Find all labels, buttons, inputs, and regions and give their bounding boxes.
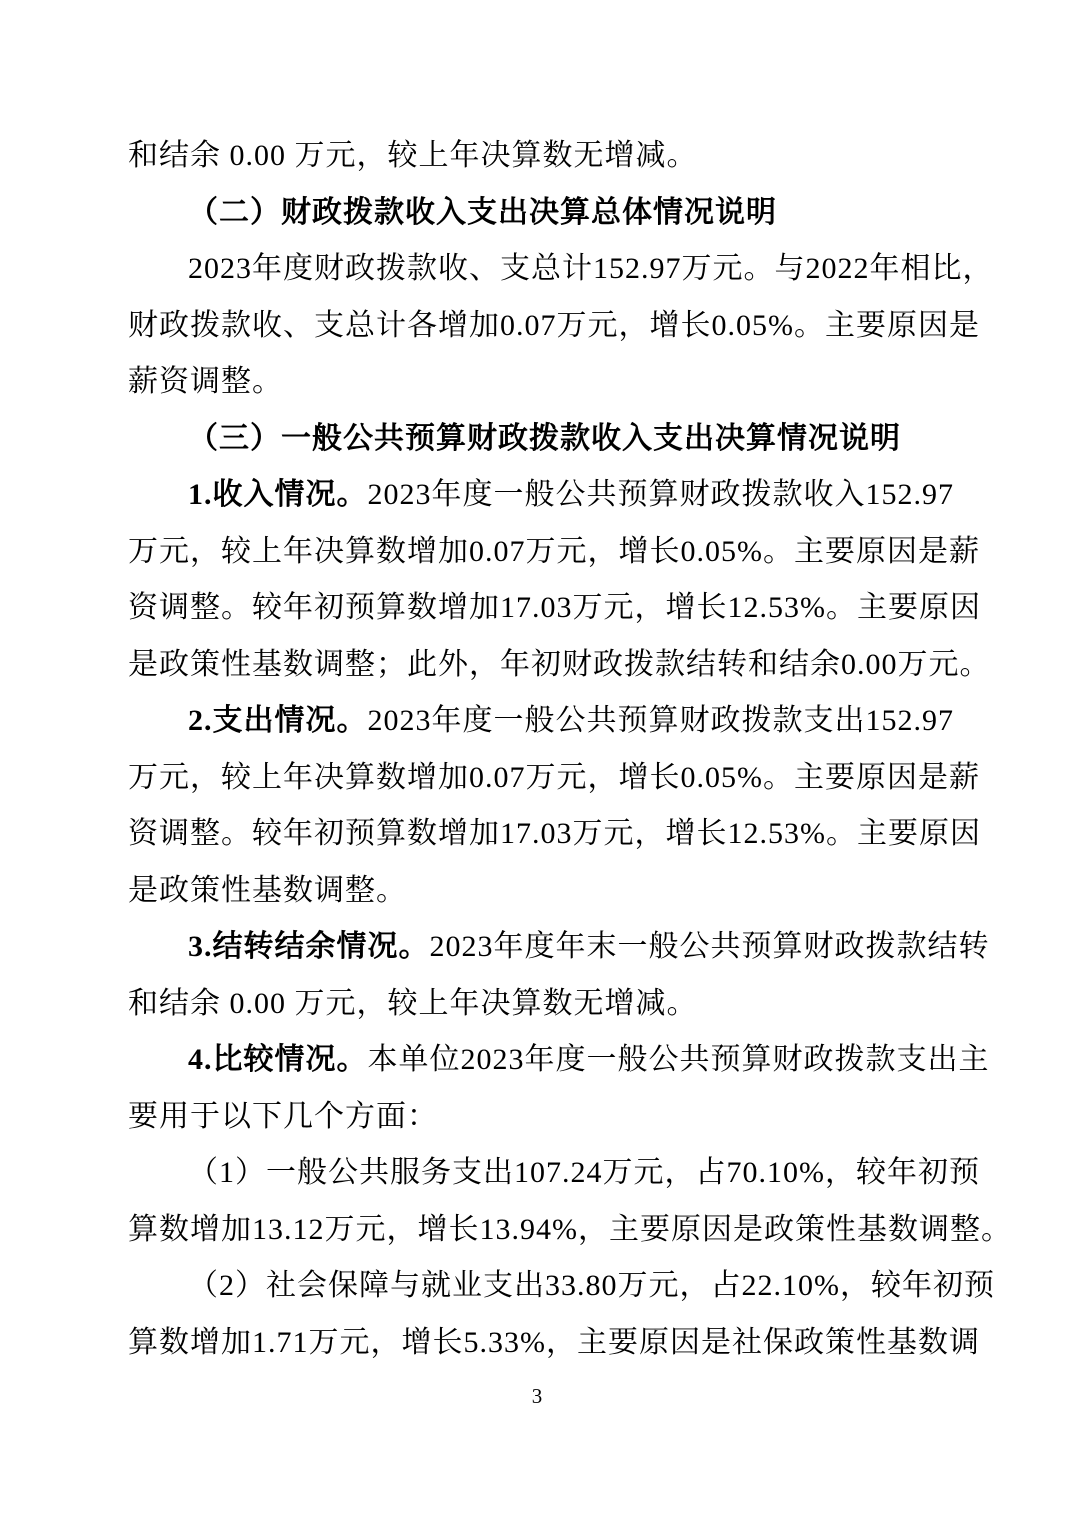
text-token: 调 bbox=[919, 1202, 950, 1259]
text-token: 长 bbox=[433, 1315, 464, 1372]
text-token: 增 bbox=[190, 1202, 221, 1259]
text-token: 总 bbox=[345, 298, 376, 355]
text-token: 是 bbox=[128, 637, 159, 694]
text-token: 0.07 bbox=[469, 750, 526, 807]
text-token: 2023 bbox=[461, 1032, 525, 1089]
text-token: 万 bbox=[526, 524, 557, 581]
text-token: 财 bbox=[128, 298, 159, 355]
text-token: 原 bbox=[919, 806, 950, 863]
text-token: 社 bbox=[732, 1315, 763, 1372]
text-token: 出 bbox=[483, 1145, 514, 1202]
text-token: 情 bbox=[275, 693, 306, 750]
text-token: ， bbox=[665, 1145, 696, 1202]
text-token: 数 bbox=[888, 1202, 919, 1259]
text-line: 和结余 0.00 万元，较上年决算数无增减。 bbox=[128, 128, 945, 185]
text-token: 支 bbox=[897, 1032, 928, 1089]
text-token: 性 bbox=[856, 1315, 887, 1372]
text-token: 因 bbox=[670, 1315, 701, 1372]
text-token: 决 bbox=[314, 524, 345, 581]
text-token: 一 bbox=[494, 467, 525, 524]
text-token: 4. bbox=[188, 1032, 213, 1089]
text-token: ， bbox=[619, 298, 650, 355]
text-token: 基 bbox=[887, 1315, 918, 1372]
text-token: 2. bbox=[188, 693, 213, 750]
text-token: 一 bbox=[494, 693, 525, 750]
text-token: 元 bbox=[634, 1145, 665, 1202]
text-token: 拨 bbox=[376, 241, 407, 298]
document-page: 和结余 0.00 万元，较上年决算数无增减。（二）财政拨款收入支出决算总体情况说… bbox=[0, 0, 1074, 1520]
text-token: 般 bbox=[297, 1145, 328, 1202]
text-token: 况 bbox=[306, 693, 337, 750]
text-token: 长 bbox=[449, 1202, 480, 1259]
text-token: 数 bbox=[283, 637, 314, 694]
text-token: 调 bbox=[314, 637, 345, 694]
text-token: 情 bbox=[275, 467, 306, 524]
text-token: 财 bbox=[680, 467, 711, 524]
text-token: （ bbox=[188, 1145, 219, 1202]
paragraph: 2023年度财政拨款收、支总计152.97万元。与2022年相比，财政拨款收、支… bbox=[128, 241, 945, 411]
text-token: 2023 bbox=[188, 241, 252, 298]
text-token: 万 bbox=[309, 1315, 340, 1372]
text-token: 增 bbox=[619, 524, 650, 581]
text-token: 共 bbox=[587, 693, 618, 750]
text-token: 主 bbox=[959, 1032, 990, 1089]
text-token: 转 bbox=[244, 919, 275, 976]
text-token: 出 bbox=[928, 1032, 959, 1089]
text-token: 拨 bbox=[742, 693, 773, 750]
text-token: 单 bbox=[399, 1032, 430, 1089]
text-token: 原 bbox=[856, 750, 887, 807]
text-token: 财 bbox=[314, 241, 345, 298]
text-token: 元 bbox=[340, 1315, 371, 1372]
text-token: 元 bbox=[159, 750, 190, 807]
text-token: 预 bbox=[345, 806, 376, 863]
text-token: 因 bbox=[950, 580, 981, 637]
text-token: 增 bbox=[438, 806, 469, 863]
text-token: 是 bbox=[918, 750, 949, 807]
text-token: 加 bbox=[469, 580, 500, 637]
text-token: 出 bbox=[514, 1258, 545, 1315]
text-token: ， bbox=[635, 580, 666, 637]
text-line: 资调整。较年初预算数增加17.03万元，增长12.53%。主要原因 bbox=[128, 806, 945, 863]
text-token: 万 bbox=[573, 806, 604, 863]
text-line: 万元，较上年决算数增加0.07万元，增长0.05%。主要原因是薪 bbox=[128, 750, 945, 807]
text-token: 况 bbox=[306, 1032, 337, 1089]
text-token: 支 bbox=[314, 298, 345, 355]
text-token: 、 bbox=[283, 298, 314, 355]
text-segment: （三）一般公共预算财政拨款收入支出决算情况说明 bbox=[188, 422, 901, 455]
text-token: 保 bbox=[763, 1315, 794, 1372]
text-token: 12.53% bbox=[728, 806, 827, 863]
text-token: 。 bbox=[981, 1202, 1012, 1259]
text-token: 支 bbox=[500, 241, 531, 298]
text-token: 基 bbox=[252, 637, 283, 694]
text-line: 和结余 0.00 万元，较上年决算数无增减。 bbox=[128, 976, 945, 1033]
text-token: 末 bbox=[587, 919, 618, 976]
text-token: 。 bbox=[399, 919, 430, 976]
text-token: 增 bbox=[666, 580, 697, 637]
text-token: 22.10% bbox=[742, 1258, 841, 1315]
text-token: （ bbox=[188, 1258, 219, 1315]
text-token: 增 bbox=[619, 750, 650, 807]
text-token: 般 bbox=[649, 919, 680, 976]
text-token: 算 bbox=[376, 580, 407, 637]
text-token: ， bbox=[371, 1315, 402, 1372]
text-token: 2023 bbox=[368, 693, 432, 750]
text-token: 数 bbox=[376, 750, 407, 807]
text-token: 加 bbox=[221, 1202, 252, 1259]
text-token: 款 bbox=[897, 919, 928, 976]
text-token: 收 bbox=[804, 467, 835, 524]
paragraph: （2）社会保障与就业支出33.80万元，占22.10%，较年初预算数增加1.71… bbox=[128, 1258, 945, 1371]
text-token: 长 bbox=[681, 298, 712, 355]
text-token: 万 bbox=[128, 750, 159, 807]
text-token: 元 bbox=[557, 524, 588, 581]
text-token: 预 bbox=[711, 1032, 742, 1089]
text-token: 年 bbox=[500, 637, 531, 694]
text-token: 政 bbox=[159, 637, 190, 694]
text-token: 较 bbox=[252, 580, 283, 637]
text-token: 152.97 bbox=[593, 241, 682, 298]
text-token: 。 bbox=[744, 241, 775, 298]
text-token: 1. bbox=[188, 467, 213, 524]
text-token: 政 bbox=[835, 919, 866, 976]
text-token: 算 bbox=[128, 1202, 159, 1259]
text-token: 12.53% bbox=[728, 580, 827, 637]
text-token: 转 bbox=[717, 637, 748, 694]
text-token: 元 bbox=[649, 1258, 680, 1315]
text-token: 一 bbox=[618, 919, 649, 976]
text-token: 支 bbox=[804, 693, 835, 750]
text-token: 入 bbox=[835, 467, 866, 524]
text-token: 度 bbox=[463, 467, 494, 524]
text-token: 0.07 bbox=[500, 298, 557, 355]
text-token: 元 bbox=[356, 1202, 387, 1259]
text-token: 公 bbox=[649, 1032, 680, 1089]
text-token: ， bbox=[469, 637, 500, 694]
text-token: 1.71 bbox=[252, 1315, 309, 1372]
paragraph: 4.比较情况。本单位2023年度一般公共预算财政拨款支出主要用于以下几个方面： bbox=[128, 1032, 945, 1145]
text-token: 年 bbox=[432, 467, 463, 524]
text-token: 政 bbox=[764, 1202, 795, 1259]
text-token: 资 bbox=[128, 806, 159, 863]
text-token: 各 bbox=[407, 298, 438, 355]
text-token: 要 bbox=[856, 298, 887, 355]
text-token: 0.00 bbox=[841, 637, 898, 694]
text-token: 上 bbox=[252, 524, 283, 581]
text-line: 2023年度财政拨款收、支总计152.97万元。与2022年相比， bbox=[128, 241, 945, 298]
text-token: 整 bbox=[950, 1202, 981, 1259]
text-token: 结 bbox=[779, 637, 810, 694]
text-token: 拨 bbox=[866, 919, 897, 976]
text-token: 初 bbox=[531, 637, 562, 694]
text-token: 服 bbox=[390, 1145, 421, 1202]
text-token: 增 bbox=[407, 750, 438, 807]
text-token: 因 bbox=[950, 806, 981, 863]
text-token: 总 bbox=[531, 241, 562, 298]
text-segment: 要用于以下几个方面： bbox=[128, 1100, 438, 1133]
text-token: 1 bbox=[219, 1145, 235, 1202]
text-token: ， bbox=[578, 1202, 609, 1259]
text-token: 万 bbox=[618, 1258, 649, 1315]
text-token: 务 bbox=[421, 1145, 452, 1202]
text-line: 算数增加13.12万元，增长13.94%，主要原因是政策性基数调整。 bbox=[128, 1202, 945, 1259]
section-heading: （三）一般公共预算财政拨款收入支出决算情况说明 bbox=[128, 411, 945, 468]
text-token: 增 bbox=[438, 580, 469, 637]
text-token: 长 bbox=[650, 524, 681, 581]
text-token: 整 bbox=[190, 580, 221, 637]
text-token: 、 bbox=[469, 241, 500, 298]
text-token: 薪 bbox=[949, 524, 980, 581]
text-token: 与 bbox=[390, 1258, 421, 1315]
text-token: 增 bbox=[402, 1315, 433, 1372]
text-token: 元 bbox=[929, 637, 960, 694]
text-token: ， bbox=[546, 1315, 577, 1372]
text-line: 3.结转结余情况。2023年度年末一般公共预算财政拨款结转 bbox=[128, 919, 945, 976]
text-token: 年 bbox=[494, 919, 525, 976]
text-token: 款 bbox=[407, 241, 438, 298]
text-line: 资调整。较年初预算数增加17.03万元，增长12.53%。主要原因 bbox=[128, 580, 945, 637]
text-token: 原 bbox=[856, 524, 887, 581]
text-token: 度 bbox=[283, 241, 314, 298]
text-token: 算 bbox=[376, 806, 407, 863]
text-token: 。 bbox=[826, 806, 857, 863]
text-token: 因 bbox=[702, 1202, 733, 1259]
text-segment: （二）财政拨款收入支出决算总体情况说明 bbox=[188, 196, 777, 229]
text-token: 调 bbox=[949, 1315, 980, 1372]
text-token: 计 bbox=[376, 298, 407, 355]
text-token: 薪 bbox=[949, 750, 980, 807]
text-token: 和 bbox=[748, 637, 779, 694]
text-token: 原 bbox=[639, 1315, 670, 1372]
text-token: 0.05% bbox=[681, 524, 764, 581]
text-line: 财政拨款收、支总计各增加0.07万元，增长0.05%。主要原因是 bbox=[128, 298, 945, 355]
text-token: 是 bbox=[701, 1315, 732, 1372]
text-token: 原 bbox=[671, 1202, 702, 1259]
text-token: 万 bbox=[898, 637, 929, 694]
text-token: 共 bbox=[680, 1032, 711, 1089]
text-token: 调 bbox=[159, 806, 190, 863]
text-token: 公 bbox=[328, 1145, 359, 1202]
text-token: 入 bbox=[244, 467, 275, 524]
text-token: 决 bbox=[314, 750, 345, 807]
text-token: 17.03 bbox=[500, 580, 573, 637]
text-token: 5.33% bbox=[464, 1315, 547, 1372]
text-token: 策 bbox=[190, 637, 221, 694]
text-token: 财 bbox=[562, 637, 593, 694]
paragraph: （1）一般公共服务支出107.24万元，占70.10%，较年初预算数增加13.1… bbox=[128, 1145, 945, 1258]
text-token: 会 bbox=[297, 1258, 328, 1315]
text-token: 初 bbox=[918, 1145, 949, 1202]
text-token: 数 bbox=[159, 1202, 190, 1259]
text-token: 支 bbox=[213, 693, 244, 750]
text-token: 初 bbox=[314, 806, 345, 863]
text-token: 要 bbox=[825, 750, 856, 807]
text-token: 算 bbox=[345, 750, 376, 807]
text-token: 。 bbox=[221, 806, 252, 863]
text-token: 主 bbox=[825, 298, 856, 355]
text-token: 。 bbox=[794, 298, 825, 355]
text-token: 相 bbox=[901, 241, 932, 298]
text-token: 政 bbox=[711, 693, 742, 750]
text-token: 款 bbox=[773, 467, 804, 524]
text-token: 拨 bbox=[742, 467, 773, 524]
text-token: 拨 bbox=[835, 1032, 866, 1089]
text-token: 般 bbox=[618, 1032, 649, 1089]
text-token: 。 bbox=[221, 580, 252, 637]
text-line: 2.支出情况。2023年度一般公共预算财政拨款支出152.97 bbox=[128, 693, 945, 750]
text-token: 年 bbox=[870, 241, 901, 298]
text-token: 元 bbox=[604, 580, 635, 637]
text-token: 款 bbox=[655, 637, 686, 694]
text-token: 政 bbox=[804, 1032, 835, 1089]
text-token: 政 bbox=[345, 241, 376, 298]
text-token: 结 bbox=[686, 637, 717, 694]
text-token: 0.05% bbox=[712, 298, 795, 355]
text-token: 加 bbox=[438, 750, 469, 807]
text-token: 预 bbox=[964, 1258, 995, 1315]
text-token: 算 bbox=[128, 1315, 159, 1372]
text-token: 。 bbox=[826, 580, 857, 637]
text-token: 年 bbox=[556, 919, 587, 976]
text-token: 社 bbox=[266, 1258, 297, 1315]
text-token: 外 bbox=[438, 637, 469, 694]
text-token: 拨 bbox=[190, 298, 221, 355]
text-token: 财 bbox=[680, 693, 711, 750]
text-token: 保 bbox=[328, 1258, 359, 1315]
text-token: 数 bbox=[918, 1315, 949, 1372]
text-token: 情 bbox=[337, 919, 368, 976]
text-token: 预 bbox=[742, 919, 773, 976]
text-token: 本 bbox=[368, 1032, 399, 1089]
text-token: 就 bbox=[421, 1258, 452, 1315]
text-token: 政 bbox=[711, 467, 742, 524]
text-token: 初 bbox=[933, 1258, 964, 1315]
text-token: 况 bbox=[306, 467, 337, 524]
text-token: 增 bbox=[407, 524, 438, 581]
text-token: 2022 bbox=[806, 241, 870, 298]
text-token: 度 bbox=[463, 693, 494, 750]
text-token: 款 bbox=[221, 298, 252, 355]
text-token: 3. bbox=[188, 919, 213, 976]
text-token: 整 bbox=[190, 806, 221, 863]
text-token: 出 bbox=[835, 693, 866, 750]
text-token: 政 bbox=[159, 298, 190, 355]
text-token: 支 bbox=[452, 1145, 483, 1202]
text-token: 预 bbox=[345, 580, 376, 637]
text-token: 数 bbox=[159, 1315, 190, 1372]
text-token: 元 bbox=[557, 750, 588, 807]
text-token: 比 bbox=[213, 1032, 244, 1089]
text-token: 是 bbox=[949, 298, 980, 355]
text-token: ， bbox=[190, 750, 221, 807]
text-token: 共 bbox=[711, 919, 742, 976]
text-token: 加 bbox=[221, 1315, 252, 1372]
text-line: 是政策性基数调整；此外，年初财政拨款结转和结余0.00万元。 bbox=[128, 637, 945, 694]
text-token: 较 bbox=[871, 1258, 902, 1315]
text-token: 加 bbox=[469, 298, 500, 355]
text-token: 数 bbox=[376, 524, 407, 581]
text-line: 万元，较上年决算数增加0.07万元，增长0.05%。主要原因是薪 bbox=[128, 524, 945, 581]
text-token: 调 bbox=[159, 580, 190, 637]
text-line: 薪资调整。 bbox=[128, 354, 945, 411]
text-token: 因 bbox=[918, 298, 949, 355]
text-token: 占 bbox=[711, 1258, 742, 1315]
text-segment: 薪资调整。 bbox=[128, 365, 283, 398]
text-token: 152.97 bbox=[866, 693, 955, 750]
text-line: 1.收入情况。2023年度一般公共预算财政拨款收入152.97 bbox=[128, 467, 945, 524]
text-token: 年 bbox=[283, 524, 314, 581]
text-token: 2023 bbox=[368, 467, 432, 524]
text-line: 是政策性基数调整。 bbox=[128, 863, 945, 920]
document-body: 和结余 0.00 万元，较上年决算数无增减。（二）财政拨款收入支出决算总体情况说… bbox=[128, 128, 945, 1371]
text-token: 款 bbox=[773, 693, 804, 750]
text-token: 转 bbox=[959, 919, 990, 976]
text-token: ， bbox=[840, 1258, 871, 1315]
text-token: 预 bbox=[949, 1145, 980, 1202]
text-token: 共 bbox=[587, 467, 618, 524]
text-token: 增 bbox=[666, 806, 697, 863]
text-token: 主 bbox=[794, 750, 825, 807]
text-token: 万 bbox=[526, 750, 557, 807]
text-token: 2023 bbox=[430, 919, 494, 976]
text-segment: 是政策性基数调整。 bbox=[128, 874, 407, 907]
text-token: 万 bbox=[573, 580, 604, 637]
text-token: 较 bbox=[856, 1145, 887, 1202]
text-token: 况 bbox=[368, 919, 399, 976]
text-token: 性 bbox=[826, 1202, 857, 1259]
text-token: 较 bbox=[221, 750, 252, 807]
text-token: 长 bbox=[697, 580, 728, 637]
text-token: 主 bbox=[609, 1202, 640, 1259]
text-token: 情 bbox=[275, 1032, 306, 1089]
text-token: 年 bbox=[902, 1258, 933, 1315]
text-token: ， bbox=[825, 1145, 856, 1202]
text-token: 。 bbox=[337, 693, 368, 750]
text-token: 算 bbox=[649, 693, 680, 750]
text-token: 一 bbox=[266, 1145, 297, 1202]
text-token: 此 bbox=[407, 637, 438, 694]
text-token: 元 bbox=[159, 524, 190, 581]
text-token: 万 bbox=[325, 1202, 356, 1259]
text-token: 要 bbox=[640, 1202, 671, 1259]
text-token: 。 bbox=[960, 637, 991, 694]
text-token: 整 bbox=[345, 637, 376, 694]
text-token: 元 bbox=[604, 806, 635, 863]
text-token: 财 bbox=[804, 919, 835, 976]
text-token: 收 bbox=[438, 241, 469, 298]
text-token: ， bbox=[190, 524, 221, 581]
text-token: 长 bbox=[650, 750, 681, 807]
text-token: ， bbox=[387, 1202, 418, 1259]
text-token: 主 bbox=[577, 1315, 608, 1372]
page-number: 3 bbox=[532, 1384, 543, 1408]
text-segment: 和结余 0.00 万元，较上年决算数无增减。 bbox=[128, 987, 698, 1020]
text-token: 比 bbox=[932, 241, 963, 298]
text-token: 70.10% bbox=[727, 1145, 826, 1202]
text-line: （1）一般公共服务支出107.24万元，占70.10%，较年初预 bbox=[128, 1145, 945, 1202]
text-token: 般 bbox=[525, 467, 556, 524]
text-token: ） bbox=[235, 1258, 266, 1315]
text-line: 4.比较情况。本单位2023年度一般公共预算财政拨款支出主 bbox=[128, 1032, 945, 1089]
text-line: 要用于以下几个方面： bbox=[128, 1089, 945, 1146]
text-token: 要 bbox=[825, 524, 856, 581]
text-token: 较 bbox=[252, 806, 283, 863]
text-token: 因 bbox=[887, 750, 918, 807]
text-token: 预 bbox=[618, 693, 649, 750]
text-token: 年 bbox=[887, 1145, 918, 1202]
text-token: 增 bbox=[190, 1315, 221, 1372]
